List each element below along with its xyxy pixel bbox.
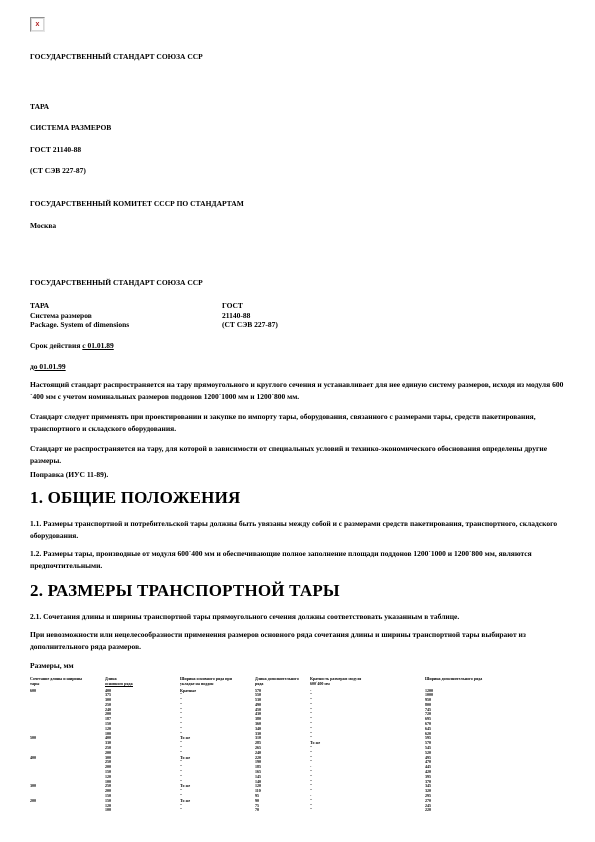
- designation-title-en: Package. System of dimensions: [30, 320, 222, 330]
- table-header-cell: Кратность размерам модуля600´400 мм: [310, 676, 425, 689]
- doc-title-tara: ТАРА: [30, 102, 565, 111]
- dimensions-table: Сочетание длины и ширинытарыДлинаосновно…: [30, 676, 565, 814]
- broken-image-icon: x: [30, 17, 45, 32]
- table-cell: 220: [425, 808, 565, 813]
- dimensions-table-head: Сочетание длины и ширинытарыДлинаосновно…: [30, 676, 565, 689]
- dimensions-table-body: 600400Кратные570-1200375"550"1000300"530…: [30, 689, 565, 814]
- table-header-cell: Сочетание длины и ширинытары: [30, 676, 105, 689]
- section-2-paragraph: При невозможности или нецелесообразности…: [30, 629, 565, 653]
- document-page: x ГОСУДАРСТВЕННЫЙ СТАНДАРТ СОЮЗА ССР ТАР…: [0, 0, 595, 842]
- table-header-cell: Ширина дополнительного ряда: [425, 676, 565, 689]
- section-1-paragraph: 1.2. Размеры тары, производные от модуля…: [30, 548, 565, 572]
- intro-paragraph: Стандарт следует применять при проектиро…: [30, 411, 565, 435]
- table-caption: Размеры, мм: [30, 661, 565, 670]
- designation-block: ТАРА Система размеров Package. System of…: [30, 301, 565, 330]
- intro-paragraph: Стандарт не распространяется на тару, дл…: [30, 443, 565, 467]
- committee-title: ГОСУДАРСТВЕННЫЙ КОМИТЕТ СССР ПО СТАНДАРТ…: [30, 199, 565, 208]
- table-header-cell: Длинаосновного ряда: [105, 676, 180, 689]
- designation-gost-number: 21140-88: [222, 311, 422, 321]
- city-label: Москва: [30, 221, 565, 230]
- table-cell: ": [180, 808, 255, 813]
- section-1-paragraph: 1.1. Размеры транспортной и потребительс…: [30, 518, 565, 542]
- table-cell: ": [310, 808, 425, 813]
- designation-right-column: ГОСТ 21140-88 (СТ СЭВ 227-87): [222, 301, 422, 330]
- table-cell: 70: [255, 808, 310, 813]
- designation-gost-label: ГОСТ: [222, 301, 422, 311]
- designation-st-sev: (СТ СЭВ 227-87): [222, 320, 422, 330]
- doc-title-gost-number: ГОСТ 21140-88: [30, 145, 565, 154]
- table-cell: [30, 808, 105, 813]
- designation-title-ru: ТАРА: [30, 301, 222, 311]
- doc-title-st-sev: (СТ СЭВ 227-87): [30, 166, 565, 175]
- designation-subtitle-ru: Система размеров: [30, 311, 222, 321]
- section-1-heading: 1. ОБЩИЕ ПОЛОЖЕНИЯ: [30, 488, 565, 507]
- table-cell: 100: [105, 808, 180, 813]
- org-title-repeat: ГОСУДАРСТВЕННЫЙ СТАНДАРТ СОЮЗА ССР: [30, 278, 565, 287]
- validity-to-link[interactable]: до 01.01.99: [30, 362, 66, 371]
- table-header-cell: Ширина основного ряда приукладке на подд…: [180, 676, 255, 689]
- validity-from-link[interactable]: с 01.01.89: [82, 341, 113, 350]
- amendment-note: Поправка (ИУС 11-89).: [30, 470, 565, 479]
- org-title-top: ГОСУДАРСТВЕННЫЙ СТАНДАРТ СОЮЗА ССР: [30, 52, 565, 61]
- section-2-heading: 2. РАЗМЕРЫ ТРАНСПОРТНОЙ ТАРЫ: [30, 581, 565, 600]
- validity-to-line: до 01.01.99: [30, 362, 565, 371]
- intro-paragraph: Настоящий стандарт распространяется на т…: [30, 379, 565, 403]
- section-2-paragraph: 2.1. Сочетания длины и ширины транспортн…: [30, 611, 565, 623]
- table-row: 100"70"220: [30, 808, 565, 813]
- designation-left-column: ТАРА Система размеров Package. System of…: [30, 301, 222, 330]
- doc-title-system: СИСТЕМА РАЗМЕРОВ: [30, 123, 565, 132]
- validity-line: Срок действия с 01.01.89: [30, 341, 565, 350]
- validity-label: Срок действия: [30, 341, 80, 350]
- broken-image-x-glyph: x: [36, 21, 40, 28]
- table-header-cell: Длина дополнительного ряда: [255, 676, 310, 689]
